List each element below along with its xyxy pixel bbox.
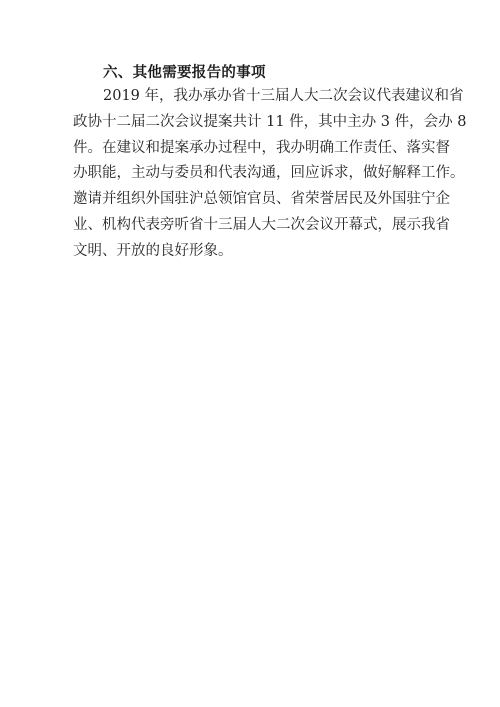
paragraph-line: 件。在建议和提案承办过程中，我办明确工作责任、落实督: [73, 136, 433, 162]
document-page: 六、其他需要报告的事项 2019 年，我办承办省十三届人大二次会议代表建议和省 …: [0, 0, 500, 707]
section-heading: 六、其他需要报告的事项: [103, 61, 266, 82]
paragraph-line: 办职能，主动与委员和代表沟通，回应诉求，做好解释工作。: [73, 161, 433, 187]
paragraph-line: 2019 年，我办承办省十三届人大二次会议代表建议和省: [73, 84, 433, 110]
paragraph-line: 邀请并组织外国驻沪总领馆官员、省荣誉居民及外国驻宁企: [73, 187, 433, 213]
section-paragraph: 2019 年，我办承办省十三届人大二次会议代表建议和省 政协十二届二次会议提案共…: [73, 84, 433, 265]
paragraph-line: 文明、开放的良好形象。: [73, 239, 433, 265]
paragraph-line: 业、机构代表旁听省十三届人大二次会议开幕式，展示我省: [73, 213, 433, 239]
paragraph-line: 政协十二届二次会议提案共计 11 件，其中主办 3 件，会办 8: [73, 110, 433, 136]
